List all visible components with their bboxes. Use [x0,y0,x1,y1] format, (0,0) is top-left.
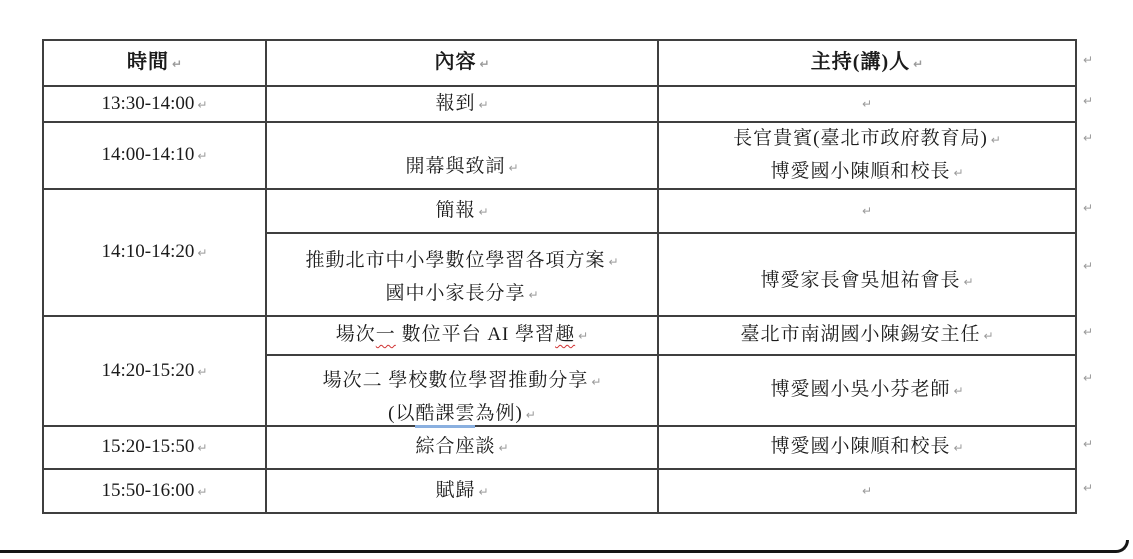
row-end-mark-icon: ↵ [1083,94,1093,108]
spellcheck-wavy-text: 一 [376,324,396,345]
content-text: 賦歸 [435,480,475,501]
document-page: 時間↵ 內容↵ 主持(講)人↵ 13:30-14:00↵ 報到↵ ↵ 14:00… [0,0,1133,559]
content-text: 為例) [475,403,522,424]
agenda-table: 時間↵ 內容↵ 主持(講)人↵ 13:30-14:00↵ 報到↵ ↵ 14:00… [42,39,1077,514]
content-cell-r4-sub2[interactable]: 場次二 學校數位學習推動分享↵ (以酷課雲為例)↵ [267,356,659,427]
content-text: 綜合座談 [415,436,495,457]
content-cell-r6[interactable]: 賦歸↵ [267,470,659,514]
host-cell-r2[interactable]: 長官貴賓(臺北市政府教育局)↵ 博愛國小陳順和校長↵ [659,123,1077,190]
row-end-mark-icon: ↵ [1083,437,1093,451]
paragraph-mark-icon: ↵ [953,384,963,398]
content-text: 場次二 學校數位學習推動分享 [323,370,589,391]
host-cell-r4-sub2[interactable]: 博愛國小吳小芬老師↵ [659,356,1077,427]
paragraph-mark-icon: ↵ [578,329,588,343]
row-end-mark-icon: ↵ [1083,53,1093,67]
paragraph-mark-icon: ↵ [197,246,207,260]
content-text: 國中小家長分享 [385,283,525,304]
content-text: 開幕與致詞 [405,156,505,177]
row-end-mark-icon: ↵ [1083,371,1093,385]
content-cell-r1[interactable]: 報到↵ [267,87,659,123]
row-end-mark-icon: ↵ [1083,201,1093,215]
host-text: 博愛國小陳順和校長 [770,161,950,182]
host-cell-r4-sub1[interactable]: 臺北市南湖國小陳錫安主任↵ [659,317,1077,356]
host-cell-r5[interactable]: 博愛國小陳順和校長↵ [659,427,1077,470]
host-cell-r3-sub2[interactable]: 博愛家長會吳旭祐會長↵ [659,234,1077,317]
time-text: 15:50-16:00 [102,480,195,501]
time-cell-r6[interactable]: 15:50-16:00↵ [44,470,267,514]
host-cell-r6-empty[interactable]: ↵ [659,470,1077,514]
header-time-label: 時間 [127,51,169,73]
paragraph-mark-icon: ↵ [478,98,488,112]
paragraph-mark-icon: ↵ [913,57,923,71]
paragraph-mark-icon: ↵ [478,205,488,219]
host-cell-r3-sub1-empty[interactable]: ↵ [659,190,1077,234]
content-text: 數位平台 AI 學習 [396,324,555,345]
host-text: 博愛國小陳順和校長 [770,436,950,457]
spellcheck-wavy-text: 趣 [555,324,575,345]
paragraph-mark-icon: ↵ [991,133,1001,147]
paragraph-mark-icon: ↵ [953,441,963,455]
time-cell-r5[interactable]: 15:20-15:50↵ [44,427,267,470]
time-cell-r3[interactable]: 14:10-14:20↵ [44,190,267,317]
content-cell-r5[interactable]: 綜合座談↵ [267,427,659,470]
content-cell-r3-sub1[interactable]: 簡報↵ [267,190,659,234]
paragraph-mark-icon: ↵ [862,91,872,117]
content-text: (以 [388,403,415,424]
host-cell-r1-empty[interactable]: ↵ [659,87,1077,123]
paragraph-mark-icon: ↵ [197,149,207,163]
host-text: 博愛家長會吳旭祐會長 [760,270,960,291]
header-cell-host[interactable]: 主持(講)人↵ [659,41,1077,87]
time-cell-r2[interactable]: 14:00-14:10↵ [44,123,267,190]
paragraph-mark-icon: ↵ [197,485,207,499]
paragraph-mark-icon: ↵ [983,329,993,343]
paragraph-mark-icon: ↵ [963,275,973,289]
content-cell-r3-sub2[interactable]: 推動北市中小學數位學習各項方案↵ 國中小家長分享↵ [267,234,659,317]
row-end-mark-icon: ↵ [1083,259,1093,273]
paragraph-mark-icon: ↵ [478,485,488,499]
paragraph-mark-icon: ↵ [591,375,601,389]
content-cell-r2[interactable]: 開幕與致詞↵ [267,123,659,190]
time-text: 13:30-14:00 [102,93,195,114]
paragraph-mark-icon: ↵ [498,441,508,455]
content-text: 簡報 [435,200,475,221]
host-text: 臺北市南湖國小陳錫安主任 [740,324,980,345]
paragraph-mark-icon: ↵ [197,441,207,455]
header-cell-time[interactable]: 時間↵ [44,41,267,87]
row-end-mark-icon: ↵ [1083,325,1093,339]
time-text: 14:20-15:20 [102,360,195,381]
row-end-mark-icon: ↵ [1083,131,1093,145]
time-text: 14:00-14:10 [102,144,195,165]
host-text: 博愛國小吳小芬老師 [770,379,950,400]
paragraph-mark-icon: ↵ [508,161,518,175]
time-cell-r1[interactable]: 13:30-14:00↵ [44,87,267,123]
header-cell-content[interactable]: 內容↵ [267,41,659,87]
time-text: 15:20-15:50 [102,436,195,457]
paragraph-mark-icon: ↵ [528,288,538,302]
host-text: 長官貴賓(臺北市政府教育局) [733,128,988,149]
paragraph-mark-icon: ↵ [197,365,207,379]
content-text: 報到 [435,93,475,114]
paragraph-mark-icon: ↵ [862,478,872,504]
paragraph-mark-icon: ↵ [479,57,489,71]
time-cell-r4[interactable]: 14:20-15:20↵ [44,317,267,427]
window-bottom-edge [0,540,1129,553]
header-host-label: 主持(講)人 [811,51,910,73]
blue-underlined-text: 酷課雲 [415,403,475,428]
paragraph-mark-icon: ↵ [172,57,182,71]
content-text: 推動北市中小學數位學習各項方案 [305,250,605,271]
paragraph-mark-icon: ↵ [953,166,963,180]
paragraph-mark-icon: ↵ [608,255,618,269]
time-text: 14:10-14:20 [102,241,195,262]
content-cell-r4-sub1[interactable]: 場次一 數位平台 AI 學習趣↵ [267,317,659,356]
content-text: 場次 [336,324,376,345]
paragraph-mark-icon: ↵ [197,98,207,112]
paragraph-mark-icon: ↵ [862,198,872,224]
row-end-mark-icon: ↵ [1083,481,1093,495]
paragraph-mark-icon: ↵ [526,408,536,422]
header-content-label: 內容 [434,51,476,73]
